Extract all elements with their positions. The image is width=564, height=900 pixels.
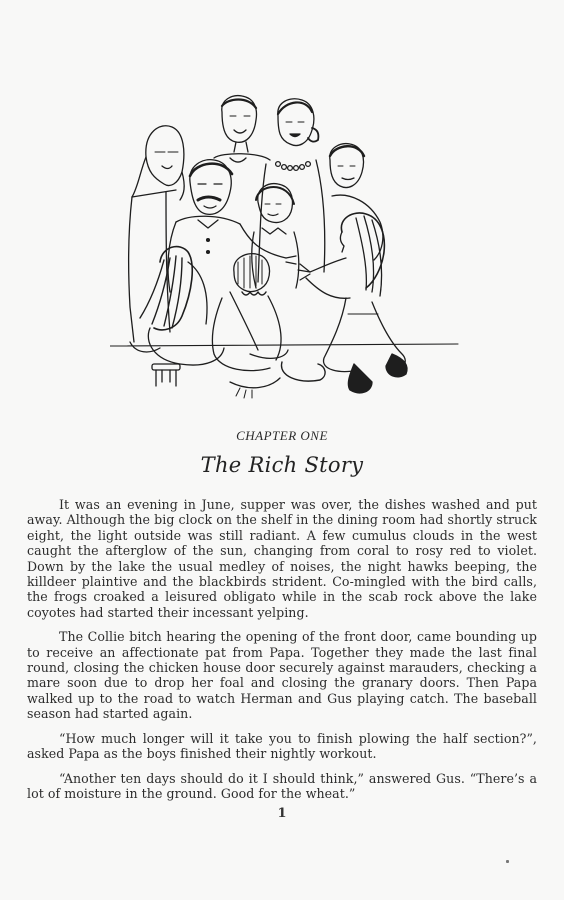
- figure-young-man-back: [214, 96, 270, 162]
- figure-girl-seated-left: [140, 247, 224, 386]
- book-page: CHAPTER ONE The Rich Story It was an eve…: [0, 0, 564, 900]
- paragraph: “How much longer will it take you to fin…: [27, 731, 537, 762]
- chapter-label: CHAPTER ONE: [0, 428, 564, 444]
- paragraph: The Collie bitch hearing the opening of …: [27, 629, 537, 721]
- figure-young-man-right: [330, 144, 383, 260]
- figure-woman-left: [129, 126, 184, 352]
- chapter-title: The Rich Story: [0, 453, 564, 477]
- paragraph: “Another ten days should do it I should …: [27, 771, 537, 802]
- figure-woman-bun: [258, 99, 325, 282]
- paragraph: It was an evening in June, supper was ov…: [27, 497, 537, 620]
- chapter-body: It was an evening in June, supper was ov…: [27, 497, 537, 810]
- figure-girl-kneeling: [298, 213, 407, 393]
- scan-speck: [506, 860, 509, 863]
- family-illustration: [110, 92, 460, 412]
- shoe: [281, 362, 325, 381]
- family-drawing-icon: [110, 92, 460, 412]
- figure-father: [168, 160, 296, 359]
- page-number: 1: [0, 806, 564, 821]
